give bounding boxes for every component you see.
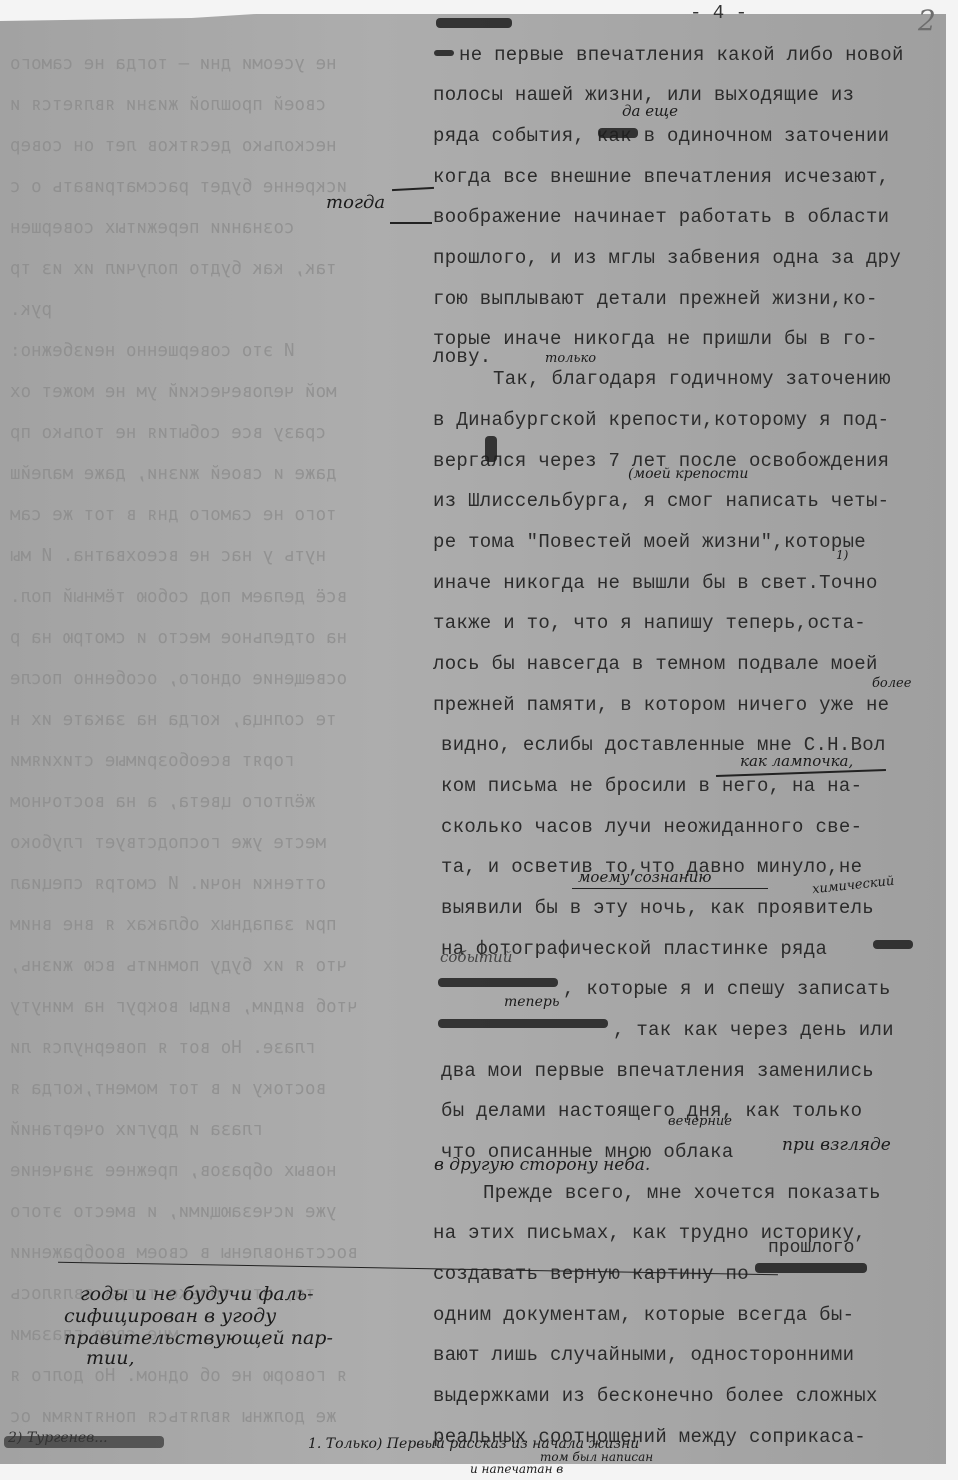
bleed-line: на отдельное место и смотрю на р [0,618,430,659]
typed-line: ком письма не бросили в него, на на- [441,775,862,797]
handwritten-insertion: только [545,351,596,366]
bleed-line: горят всеобозримые стихиями [0,741,430,782]
footnote-mark: 1) [836,548,848,562]
typed-line: вают лишь случайными, односторонними [433,1344,854,1366]
handwritten-insertion: да еще [622,102,678,120]
bleed-line: жёлтого цвета, а на восточном [0,782,430,823]
handwritten-insertion: в другую сторону неба. [434,1155,650,1175]
typed-line: , так как через день или [613,1019,894,1041]
bleed-line: те солнца, когда на закате их н [0,700,430,741]
bleed-line: глазе. Но вот я повернулся ли [0,1028,430,1069]
typed-line: прежней памяти, в котором ничего уже не [433,694,889,716]
bleed-line: глаза и других очертаний [0,1110,430,1151]
strike-mark [436,18,512,28]
handwritten-insertion: моему сознанию [578,868,711,886]
typed-line: торые иначе никогда не пришли бы в го- [433,328,878,350]
strike-mark [438,1019,608,1028]
bleed-line: И это совершенно неизбежно: [0,331,430,372]
footnote: и напечатан в [470,1462,563,1476]
typed-line: Прежде всего, мне хочется показать [483,1182,881,1204]
bleed-line: месте уже господствует глубоко [0,823,430,864]
folio-number: 2 [918,4,936,37]
typed-line: в Динабургской крепости,которому я под- [433,409,889,431]
strike-mark [755,1263,867,1273]
typed-line: бы делами настоящего дня, как только [441,1100,862,1122]
typed-line: также и то, что я напишу теперь,оста- [433,612,866,634]
typed-line: когда все внешние впечатления исчезают, [433,166,889,188]
page-number: - 4 - [690,2,747,24]
typed-line: создавать верную картину по [433,1263,749,1285]
bleed-line: не усеоми дни — тогда не самого [0,44,430,85]
bleed-line: чтоб видим, виды вокруг на минуту [0,987,430,1028]
typed-line: лову. [433,346,492,368]
bleed-line: что я их буду помнить всю жизнь, [0,946,430,987]
bleed-line: несколько десятков лет он совер [0,126,430,167]
typed-line: прошлого, и из мглы забвения одна за дру [433,247,901,269]
handwritten-insertion: событий [440,948,512,966]
bleed-line: уже исчезающими, и вместо этого [0,1192,430,1233]
typed-line: гою выплывают детали прежней жизни,ко- [433,288,878,310]
typed-line: лось бы навсегда в темном подвале моей [433,653,878,675]
handwritten-insertion: как лампочка, [740,752,853,770]
typed-line: два мои первые впечатления заменились [441,1060,874,1082]
typed-line: одним документам, которые всегда бы- [433,1304,854,1326]
strike-mark [598,128,638,138]
typed-line: ряда события, как в одиночном заточении [433,125,889,147]
strike-mark [438,978,558,987]
typed-line: сколько часов лучи неожиданного све- [441,816,862,838]
typed-line: не первые впечатления какой либо новой [459,44,904,66]
handwritten-insertion: более [872,676,911,691]
typed-line: из Шлиссельбурга, я смог написать четы- [433,490,889,512]
strike-mark [485,436,497,462]
handwritten-insertion: тогда [326,192,385,213]
handwritten-insertion: теперь [504,994,559,1010]
handwritten-insertion: (моей крепости [628,466,748,482]
typed-line: выявили бы в эту ночь, как проявитель [441,897,874,919]
insertion-line [390,222,432,224]
bleed-line: оттенки ночи. И смотря специал [0,864,430,905]
bleed-line: своей прошлой жизни является и [0,85,430,126]
bleed-line: мой человеческий ум не может ох [0,372,430,413]
typed-line: иначе никогда не вышли бы в свет.Точно [433,572,878,594]
bleed-line: сразу все события не только пр [0,413,430,454]
bleed-line: рук. [0,290,430,331]
bleed-line: всё делаем под собою тёмный пол. [0,577,430,618]
bleed-line: того не самого дня в тот же сам [0,495,430,536]
insertion-line [572,888,768,889]
bleed-line: при западных облаках я вне вним [0,905,430,946]
strike-mark [434,50,454,56]
bleed-through-text: не усеоми дни — тогда не самогосвоей про… [0,44,430,1438]
bleed-line: востоку и в тот момент,когда я [0,1069,430,1110]
bleed-line: новых образов, прежнее значение [0,1151,430,1192]
bleed-line: сознании пережитых совершен [0,208,430,249]
typed-insertion: прошлого [768,1238,854,1258]
typed-line: воображение начинает работать в области [433,206,889,228]
bleed-line: даже и своей жизни, даже малейш [0,454,430,495]
typed-line: , которые я и спешу записать [563,978,891,1000]
bleed-line: так, как будто получил их из тр [0,249,430,290]
bleed-line: освещение одного, особенно после [0,659,430,700]
handwritten-insertion: вечерние [668,1114,732,1129]
typed-line: Так, благодаря годичному заточению [493,368,891,390]
typed-line: выдержками из бесконечно более сложных [433,1385,878,1407]
typed-line: ре тома "Повестей моей жизни",которые [433,531,866,553]
struck-footnote: 2) Тургенев... [8,1430,108,1446]
bleed-line: нуть у нас не всеохватна. И мы [0,536,430,577]
handwritten-insertion: при взгляде [782,1135,891,1155]
bleed-line: я говорю не об одном. Но долго я [0,1356,430,1397]
strike-mark [873,940,913,949]
